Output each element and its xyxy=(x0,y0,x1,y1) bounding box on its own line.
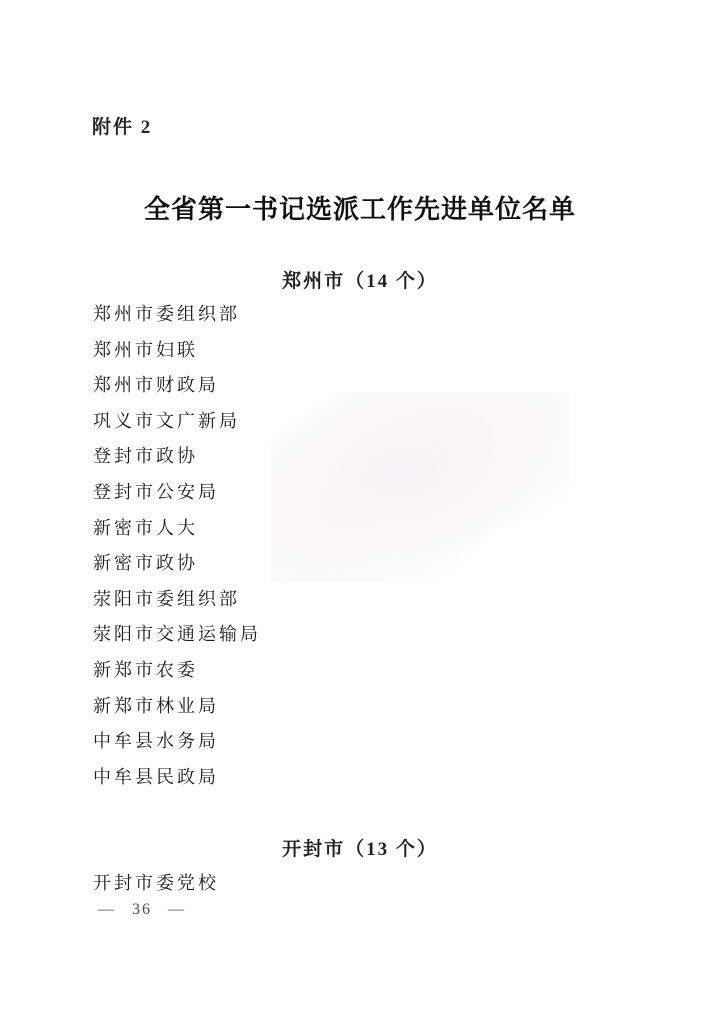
unit-item: 郑州市妇联 xyxy=(93,333,261,369)
unit-item: 登封市政协 xyxy=(93,439,261,475)
unit-item: 荥阳市交通运输局 xyxy=(93,617,261,653)
unit-item: 新密市政协 xyxy=(93,546,261,582)
unit-item: 新郑市农委 xyxy=(93,653,261,689)
unit-item: 新郑市林业局 xyxy=(93,689,261,725)
unit-list-kaifeng: 开封市委党校 xyxy=(93,866,219,902)
unit-item: 登封市公安局 xyxy=(93,475,261,511)
unit-item: 新密市人大 xyxy=(93,511,261,547)
attachment-label: 附件 2 xyxy=(92,112,152,139)
section-heading-kaifeng: 开封市（13 个） xyxy=(0,834,720,861)
unit-item: 开封市委党校 xyxy=(93,866,219,902)
unit-list-zhengzhou: 郑州市委组织部 郑州市妇联 郑州市财政局 巩义市文广新局 登封市政协 登封市公安… xyxy=(93,297,261,795)
section-heading-zhengzhou: 郑州市（14 个） xyxy=(0,266,720,293)
unit-item: 郑州市委组织部 xyxy=(93,297,261,333)
scan-smudge-artifact xyxy=(270,392,570,582)
document-page: 附件 2 全省第一书记选派工作先进单位名单 郑州市（14 个） 郑州市委组织部 … xyxy=(0,0,720,1018)
unit-item: 荥阳市委组织部 xyxy=(93,582,261,618)
unit-item: 中牟县水务局 xyxy=(93,724,261,760)
document-title: 全省第一书记选派工作先进单位名单 xyxy=(0,189,720,226)
page-number: — 36 — xyxy=(98,901,186,919)
unit-item: 郑州市财政局 xyxy=(93,368,261,404)
unit-item: 中牟县民政局 xyxy=(93,760,261,796)
unit-item: 巩义市文广新局 xyxy=(93,404,261,440)
